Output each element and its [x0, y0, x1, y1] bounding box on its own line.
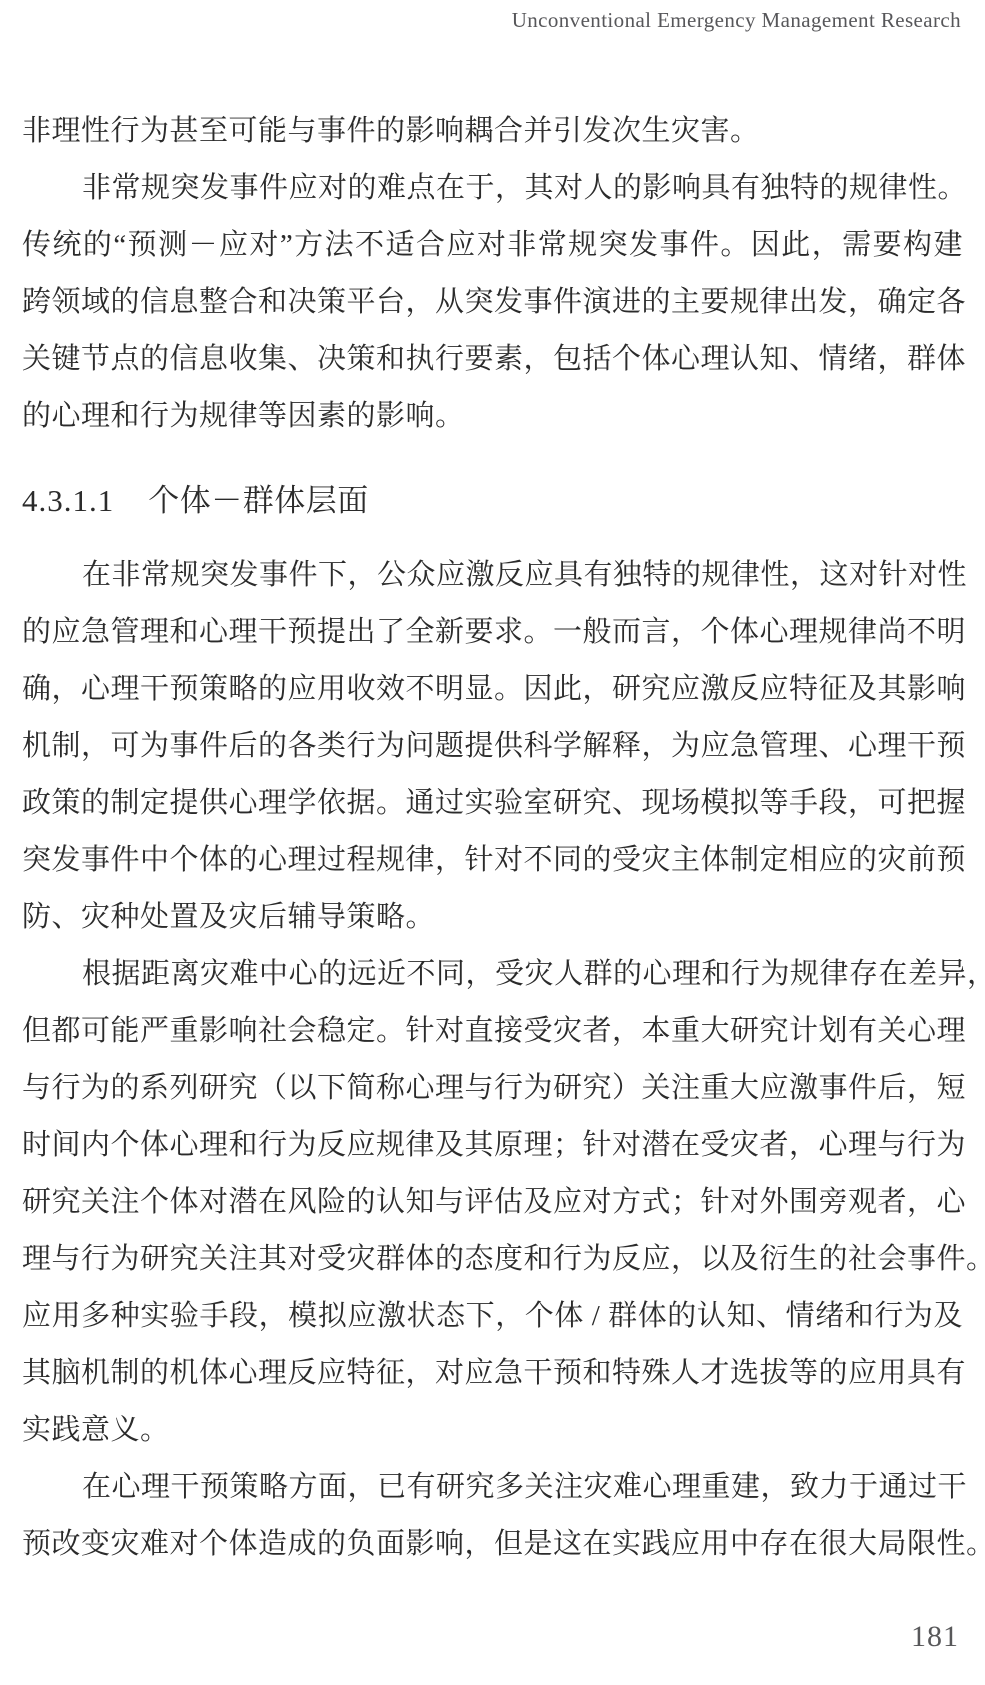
text-line: 但都可能严重影响社会稳定。针对直接受灾者，本重大研究计划有关心理 [22, 1003, 963, 1060]
paragraph: 在非常规突发事件下，公众应激反应具有独特的规律性，这对针对性 的应急管理和心理干… [22, 547, 963, 946]
text-line: 研究关注个体对潜在风险的认知与评估及应对方式；针对外围旁观者，心 [22, 1174, 963, 1231]
text-line: 实践意义。 [22, 1402, 963, 1459]
text-line: 根据距离灾难中心的远近不同，受灾人群的心理和行为规律存在差异， [22, 946, 963, 1003]
section-title: 个体－群体层面 [148, 483, 369, 518]
text-line: 理与行为研究关注其对受灾群体的态度和行为反应，以及衍生的社会事件。 [22, 1231, 963, 1288]
text-line: 防、灾种处置及灾后辅导策略。 [22, 889, 963, 946]
text-line: 的心理和行为规律等因素的影响。 [22, 388, 963, 445]
text-line: 非常规突发事件应对的难点在于，其对人的影响具有独特的规律性。 [22, 160, 963, 217]
paragraph-continuation: 非理性行为甚至可能与事件的影响耦合并引发次生灾害。 [22, 103, 963, 160]
text-line: 其脑机制的机体心理反应特征，对应急干预和特殊人才选拔等的应用具有 [22, 1345, 963, 1402]
book-page: Unconventional Emergency Management Rese… [0, 0, 985, 1685]
text-line: 政策的制定提供心理学依据。通过实验室研究、现场模拟等手段，可把握 [22, 775, 963, 832]
text-line: 非理性行为甚至可能与事件的影响耦合并引发次生灾害。 [22, 103, 963, 160]
text-line: 机制，可为事件后的各类行为问题提供科学解释，为应急管理、心理干预 [22, 718, 963, 775]
text-line: 跨领域的信息整合和决策平台，从突发事件演进的主要规律出发，确定各 [22, 274, 963, 331]
page-number: 181 [911, 1620, 959, 1654]
text-line: 应用多种实验手段，模拟应激状态下，个体 / 群体的认知、情绪和行为及 [22, 1288, 963, 1345]
text-line: 预改变灾难对个体造成的负面影响，但是这在实践应用中存在很大局限性。 [22, 1516, 963, 1573]
text-line: 与行为的系列研究（以下简称心理与行为研究）关注重大应激事件后，短 [22, 1060, 963, 1117]
text-line: 关键节点的信息收集、决策和执行要素，包括个体心理认知、情绪，群体 [22, 331, 963, 388]
text-line: 在非常规突发事件下，公众应激反应具有独特的规律性，这对针对性 [22, 547, 963, 604]
section-heading: 4.3.1.1个体－群体层面 [22, 472, 963, 529]
page-content: 非理性行为甚至可能与事件的影响耦合并引发次生灾害。 非常规突发事件应对的难点在于… [22, 103, 963, 1573]
text-line: 突发事件中个体的心理过程规律，针对不同的受灾主体制定相应的灾前预 [22, 832, 963, 889]
section-number: 4.3.1.1 [22, 483, 114, 518]
text-line: 传统的“预测－应对”方法不适合应对非常规突发事件。因此，需要构建 [22, 217, 963, 274]
running-head: Unconventional Emergency Management Rese… [512, 8, 961, 33]
text-line: 确，心理干预策略的应用收效不明显。因此，研究应激反应特征及其影响 [22, 661, 963, 718]
paragraph: 在心理干预策略方面，已有研究多关注灾难心理重建，致力于通过干 预改变灾难对个体造… [22, 1459, 963, 1573]
paragraph: 非常规突发事件应对的难点在于，其对人的影响具有独特的规律性。 传统的“预测－应对… [22, 160, 963, 445]
text-line: 的应急管理和心理干预提出了全新要求。一般而言，个体心理规律尚不明 [22, 604, 963, 661]
text-line: 在心理干预策略方面，已有研究多关注灾难心理重建，致力于通过干 [22, 1459, 963, 1516]
text-line: 时间内个体心理和行为反应规律及其原理；针对潜在受灾者，心理与行为 [22, 1117, 963, 1174]
paragraph: 根据距离灾难中心的远近不同，受灾人群的心理和行为规律存在差异， 但都可能严重影响… [22, 946, 963, 1459]
